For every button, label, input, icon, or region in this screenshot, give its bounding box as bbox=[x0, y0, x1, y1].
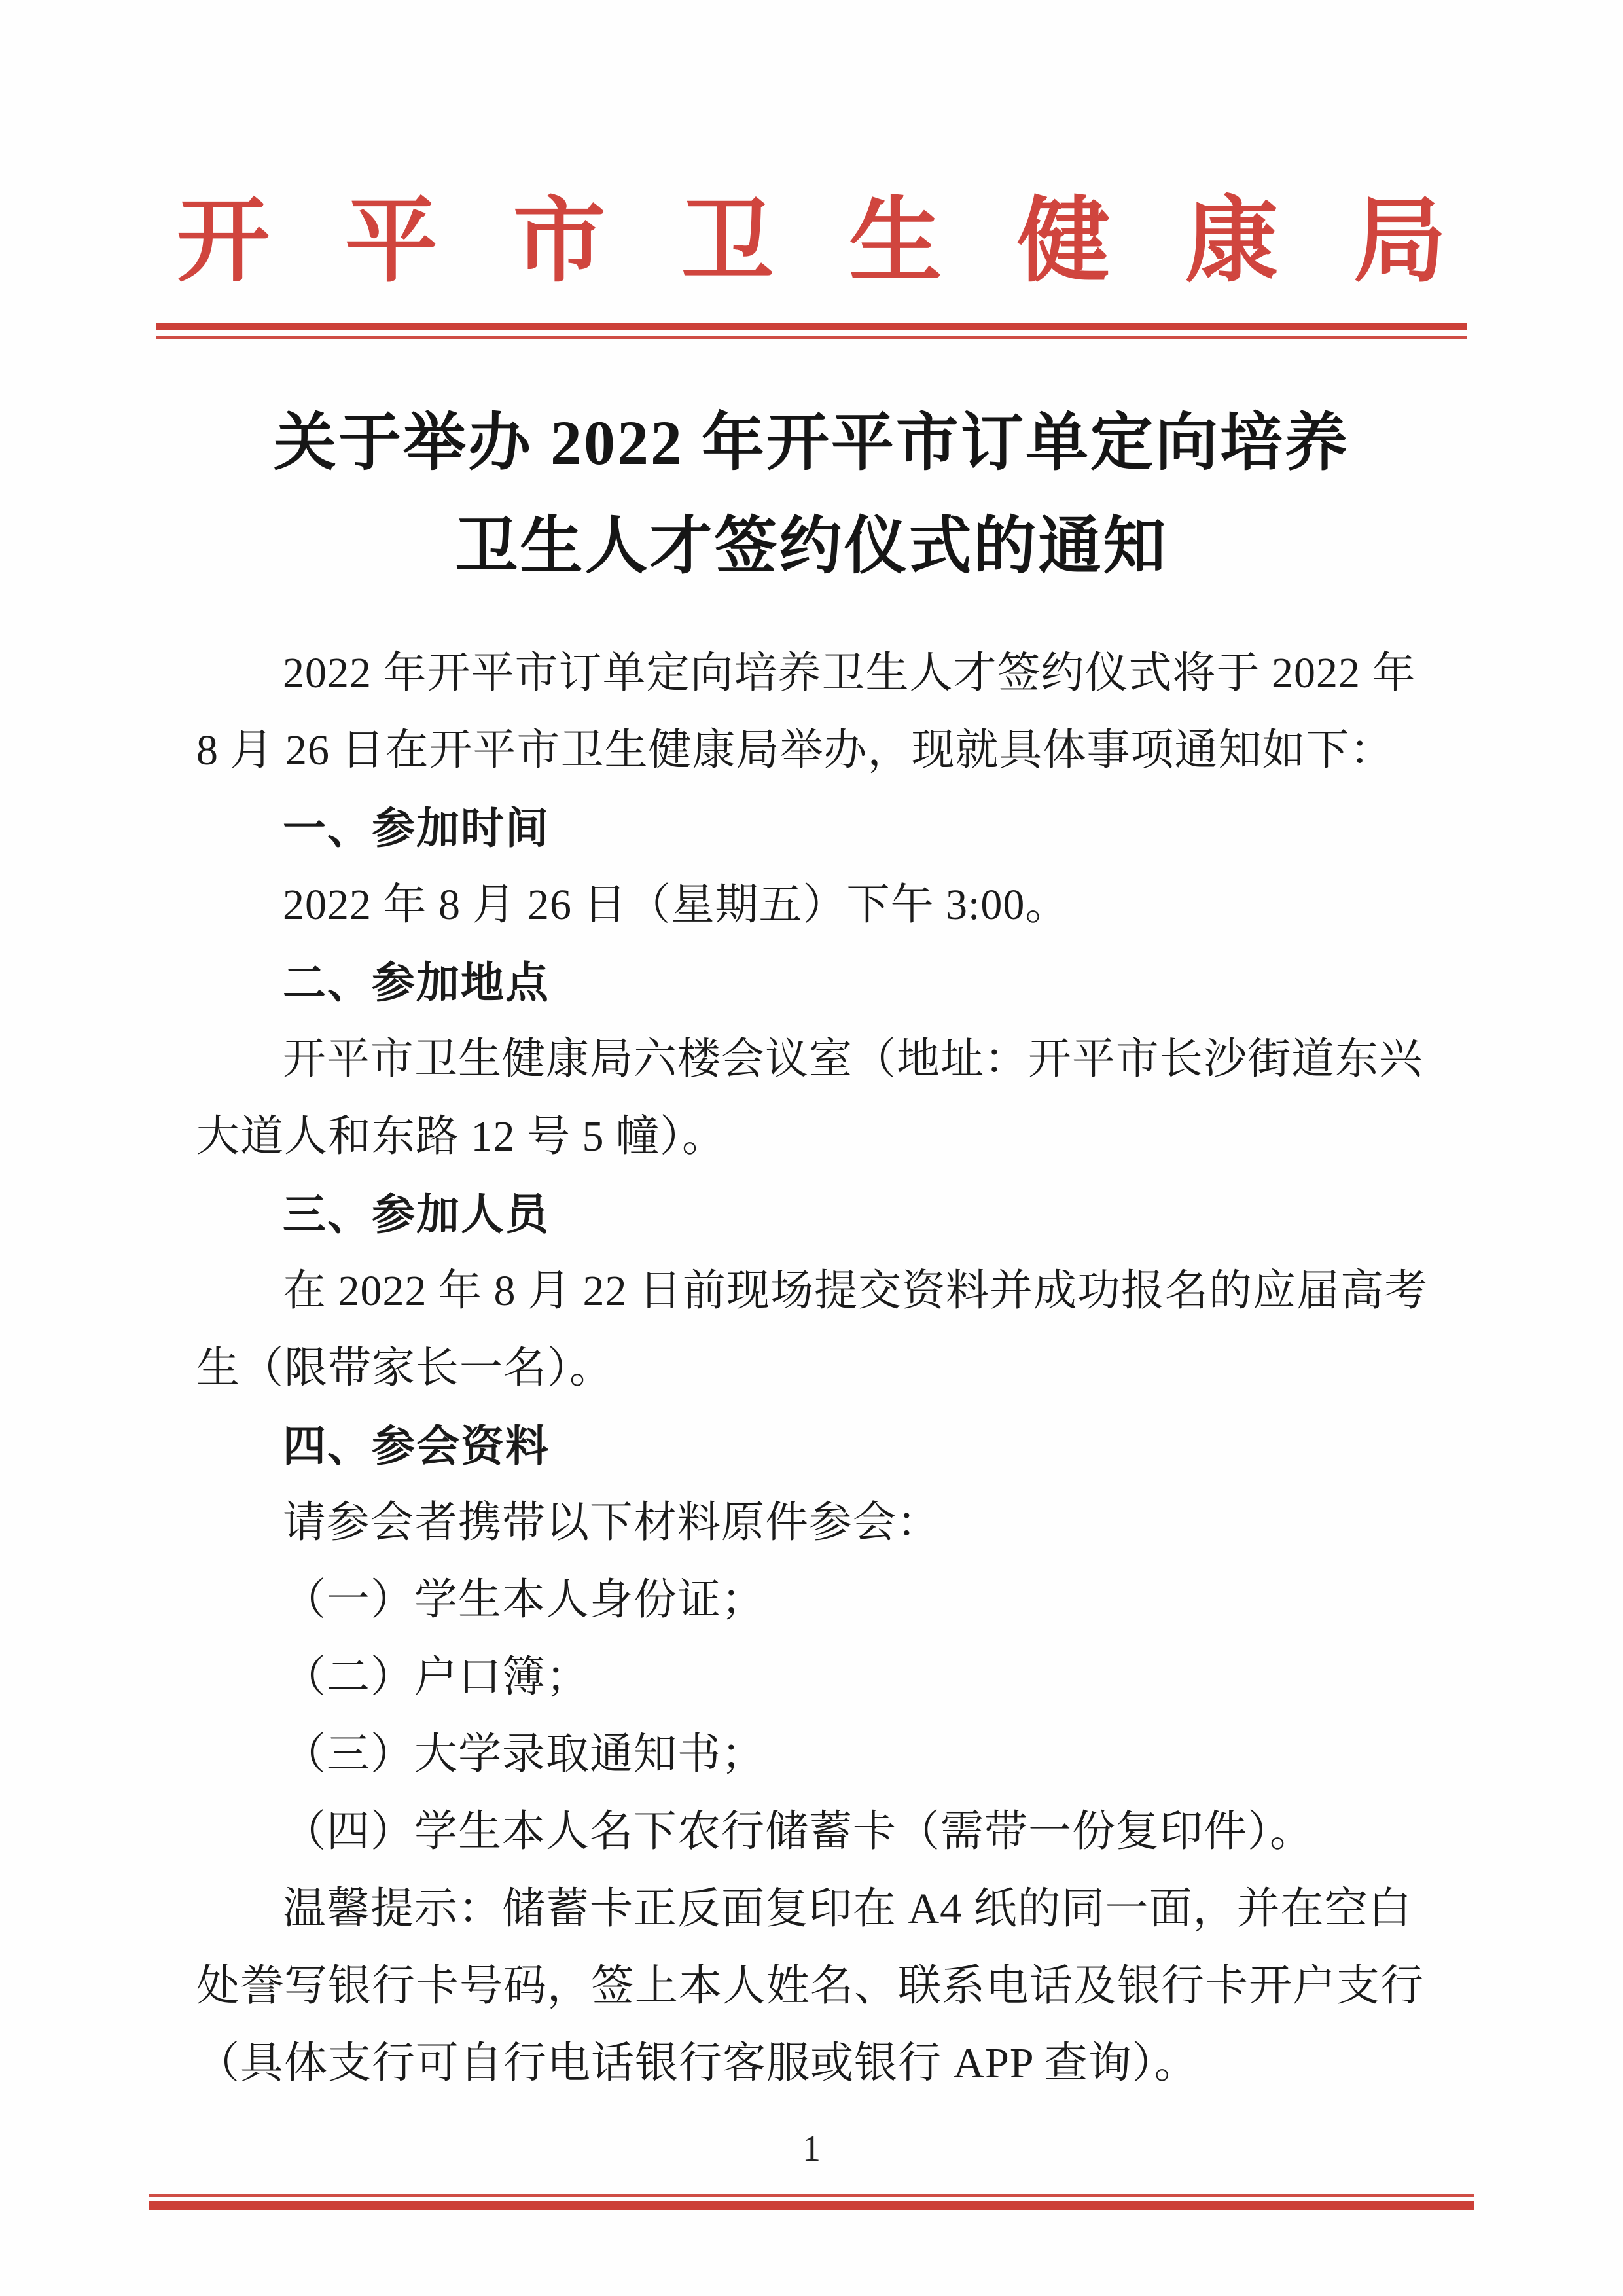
document-page: 开平市卫生健康局 关于举办 2022 年开平市订单定向培养 卫生人才签约仪式的通… bbox=[0, 0, 1623, 2296]
body-line: （二）户口簿； bbox=[196, 1639, 1427, 1716]
title-line-1: 关于举办 2022 年开平市订单定向培养 bbox=[0, 391, 1623, 495]
agency-char: 健 bbox=[1017, 166, 1110, 300]
section-heading: 三、参加人员 bbox=[196, 1175, 1427, 1253]
body-line: （四）学生本人名下农行储蓄卡（需带一份复印件）。 bbox=[196, 1793, 1427, 1871]
agency-char: 卫 bbox=[681, 166, 774, 300]
agency-name: 开平市卫生健康局 bbox=[177, 182, 1446, 284]
body-line: （一）学生本人身份证； bbox=[196, 1562, 1427, 1639]
body-line: 处誊写银行卡号码，签上本人姓名、联系电话及银行卡开户支行 bbox=[196, 1948, 1427, 2025]
agency-char: 平 bbox=[345, 166, 438, 300]
document-body: 2022 年开平市订单定向培养卫生人才签约仪式将于 2022 年8 月 26 日… bbox=[196, 635, 1427, 2102]
agency-char: 开 bbox=[177, 166, 270, 300]
document-title: 关于举办 2022 年开平市订单定向培养 卫生人才签约仪式的通知 bbox=[0, 391, 1623, 598]
body-line: 温馨提示：储蓄卡正反面复印在 A4 纸的同一面，并在空白 bbox=[196, 1871, 1427, 1948]
body-line: （具体支行可自行电话银行客服或银行 APP 查询）。 bbox=[196, 2025, 1427, 2102]
agency-char: 康 bbox=[1185, 166, 1278, 300]
body-line: 在 2022 年 8 月 22 日前现场提交资料并成功报名的应届高考 bbox=[196, 1253, 1427, 1330]
top-rule-thin bbox=[156, 336, 1467, 339]
title-line-2: 卫生人才签约仪式的通知 bbox=[0, 495, 1623, 598]
body-line: 生（限带家长一名）。 bbox=[196, 1330, 1427, 1407]
bottom-rule-thin bbox=[149, 2194, 1474, 2197]
section-heading: 四、参会资料 bbox=[196, 1407, 1427, 1484]
body-line: 开平市卫生健康局六楼会议室（地址：开平市长沙街道东兴 bbox=[196, 1021, 1427, 1098]
agency-char: 局 bbox=[1353, 166, 1446, 300]
body-line: （三）大学录取通知书； bbox=[196, 1716, 1427, 1793]
page-number: 1 bbox=[0, 2126, 1623, 2172]
bottom-rule-thick bbox=[149, 2201, 1474, 2210]
top-rule-thick bbox=[156, 323, 1467, 330]
section-heading: 一、参加时间 bbox=[196, 789, 1427, 867]
section-heading: 二、参加地点 bbox=[196, 944, 1427, 1021]
body-line: 大道人和东路 12 号 5 幢）。 bbox=[196, 1098, 1427, 1175]
agency-char: 市 bbox=[513, 166, 606, 300]
body-line: 请参会者携带以下材料原件参会： bbox=[196, 1484, 1427, 1562]
body-line: 2022 年开平市订单定向培养卫生人才签约仪式将于 2022 年 bbox=[196, 635, 1427, 712]
body-line: 8 月 26 日在开平市卫生健康局举办，现就具体事项通知如下： bbox=[196, 712, 1427, 789]
agency-char: 生 bbox=[849, 166, 942, 300]
body-line: 2022 年 8 月 26 日（星期五）下午 3:00。 bbox=[196, 867, 1427, 944]
